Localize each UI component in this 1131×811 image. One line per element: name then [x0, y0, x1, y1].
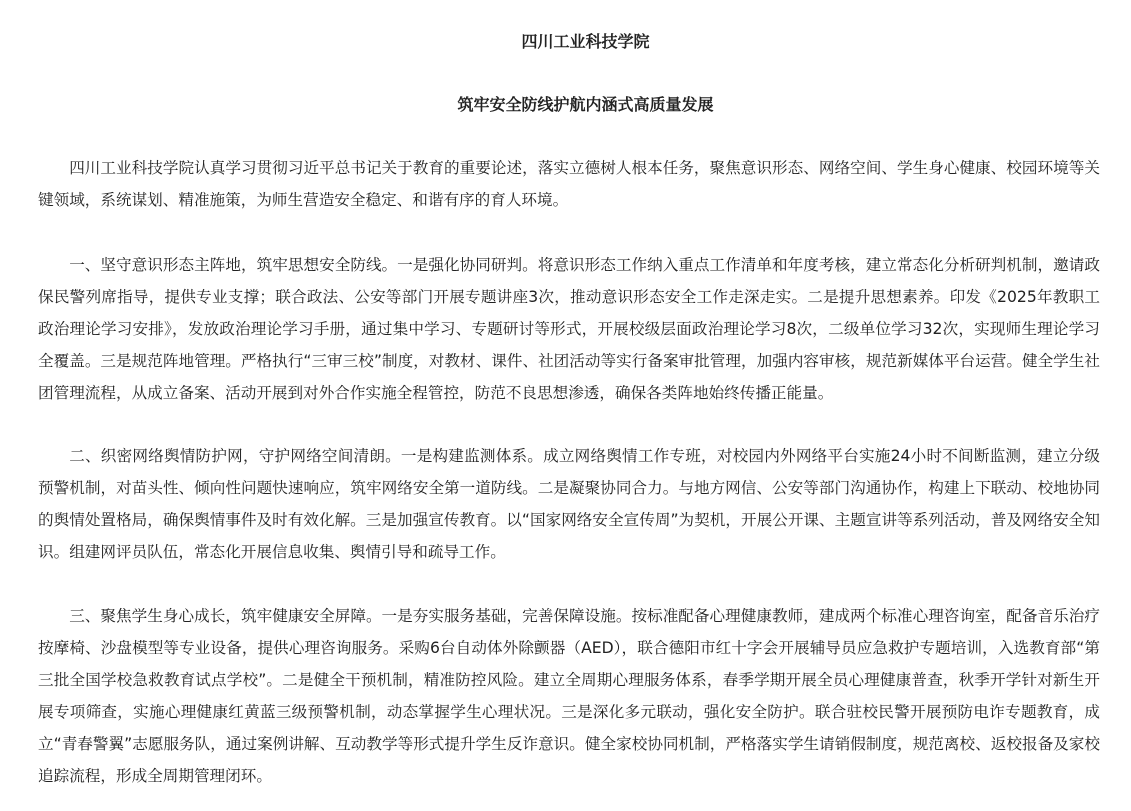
- section-3-paragraph: 三、聚焦学生身心成长，筑牢健康安全屏障。一是夯实服务基础，完善保障设施。按标准配…: [38, 600, 1100, 792]
- document-title: 四川工业科技学院: [0, 30, 1131, 54]
- section-2-paragraph: 二、织密网络舆情防护网，守护网络空间清朗。一是构建监测体系。成立网络舆情工作专班…: [38, 440, 1100, 568]
- section-1-paragraph: 一、坚守意识形态主阵地，筑牢思想安全防线。一是强化协同研判。将意识形态工作纳入重…: [38, 249, 1100, 409]
- intro-paragraph: 四川工业科技学院认真学习贯彻习近平总书记关于教育的重要论述，落实立德树人根本任务…: [38, 152, 1100, 216]
- document-subtitle: 筑牢安全防线护航内涵式高质量发展: [0, 93, 1131, 117]
